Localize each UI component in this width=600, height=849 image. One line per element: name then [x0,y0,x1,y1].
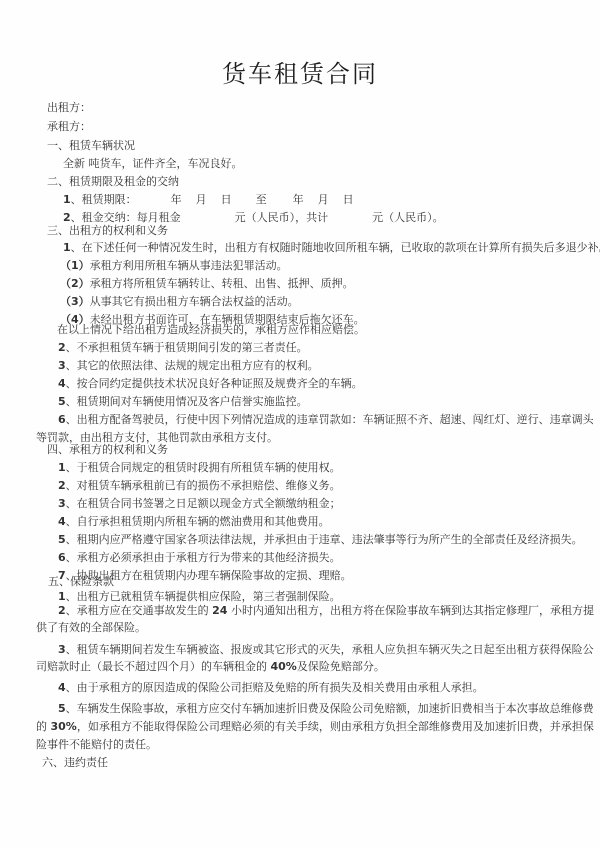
item-number: 2 [58,479,66,492]
section3-sub2: （2）承租方将所租赁车辆转让、转租、出售、抵押、质押。 [60,277,354,291]
sub-number: （3） [60,295,90,308]
end-month: 月 [318,193,329,206]
item-text: 、按合同约定提供技术状况良好各种证照及规费齐全的车辆。 [66,377,363,390]
lessor-label: 出租方： [47,101,91,115]
to-label: 至 [256,193,267,206]
section4-item5: 5、租期内应严格遵守国家各项法律法规，并承担由于违章、违法肇事等行为所产生的全部… [58,533,583,547]
section4-item6: 6、承租方必须承担由于承租方行为带来的其他经济损失。 [58,551,341,565]
section3-summary: 在以上情况下给出租方造成经济损失的，承租方应作相应赔偿。 [57,323,365,337]
item-number: 2 [58,341,66,354]
item-text: 、不承担租赁车辆于租赁期间引发的第三者责任。 [66,341,308,354]
item-label: 、租金交纳：每月租金 [71,211,181,224]
section5-heading: 五、保险条款 [48,575,114,589]
section4-item3: 3、在租赁合同书签署之日足额以现金方式全额缴纳租金； [58,497,341,511]
document-page: 货车租赁合同 出租方： 承租方： 一、租赁车辆状况 全新 吨货车，证件齐全，车况… [0,0,600,849]
document-title: 货车租赁合同 [0,54,600,89]
item-text: 、承租方必须承担由于承租方行为带来的其他经济损失。 [66,551,341,564]
section4-heading: 四、承租方的权利和义务 [47,443,168,457]
item-text: 、于租赁合同规定的租赁时段拥有所租赁车辆的使用权。 [66,461,341,474]
start-year: 年 [171,193,182,206]
item-number: 1 [63,193,71,206]
section2-item1: 1、租赁期限：年月日至年月日 [63,193,354,207]
section3-item6-line1: 6、出租方配备驾驶员，行使中因下列情况造成的违章罚款如：车辆证照不齐、超速、闯红… [58,413,594,427]
section1-heading: 一、租赁车辆状况 [47,139,135,153]
item-number: 3 [58,497,66,510]
sub-text: 承租方将所租赁车辆转让、转租、出售、抵押、质押。 [90,277,354,290]
item-number: 5 [58,395,66,408]
item-text: 、租赁期间对车辆使用情况及客户信誉实施监控。 [66,395,308,408]
section3-item5: 5、租赁期间对车辆使用情况及客户信誉实施监控。 [58,395,308,409]
start-day: 日 [221,193,232,206]
end-year: 年 [293,193,304,206]
monthly-unit: 元（人民币），共计 [235,211,329,224]
end-day: 日 [343,193,354,206]
section3-item4: 4、按合同约定提供技术状况良好各种证照及规费齐全的车辆。 [58,377,363,391]
sub-text: 承租方利用所租车辆从事违法犯罪活动。 [90,259,288,272]
item-label: 、租赁期限： [71,193,137,206]
section3-sub3: （3）从事其它有损出租方车辆合法权益的活动。 [60,295,299,309]
item-text: 、租期内应严格遵守国家各项法律法规，并承担由于违章、违法肇事等行为所产生的全部责… [66,533,583,546]
item-number: 6 [58,551,66,564]
item-number: 2 [63,211,71,224]
item-number: 4 [58,377,66,390]
sub-text: 从事其它有损出租方车辆合法权益的活动。 [90,295,299,308]
sub-number: （2） [60,277,90,290]
section3-heading: 三、出租方的权利和义务 [47,224,168,238]
section2-heading: 二、租赁期限及租金的交纳 [47,175,179,189]
item-number: 5 [58,533,66,546]
total-unit: 元（人民币）。 [372,211,444,224]
section3-item2: 2、不承担租赁车辆于租赁期间引发的第三者责任。 [58,341,308,355]
section3-sub1: （1）承租方利用所租车辆从事违法犯罪活动。 [60,259,288,273]
item-number: 3 [58,359,66,372]
section4-item2: 2、对租赁车辆承租前已有的损伤不承担赔偿、维修义务。 [58,479,341,493]
lessee-label: 承租方： [47,120,91,134]
item-text: 、自行承担租赁期内所租车辆的燃油费用和其他费用。 [66,515,330,528]
item-text: 、出租方配备驾驶员，行使中因下列情况造成的违章罚款如：车辆证照不齐、超速、闯红灯… [66,413,594,426]
item-number: 1 [58,461,66,474]
sub-number: （1） [60,259,90,272]
item-number: 1 [63,241,71,254]
section1-body: 全新 吨货车，证件齐全，车况良好。 [63,157,243,171]
section4-item1: 1、于租赁合同规定的租赁时段拥有所租赁车辆的使用权。 [58,461,341,475]
item-number: 6 [58,413,66,426]
item-text: 、在下述任何一种情况发生时，出租方有权随时随地收回所租车辆，已收取的款项在计算所… [71,241,600,254]
item-text: 、在租赁合同书签署之日足额以现金方式全额缴纳租金； [66,497,341,510]
item-text: 、其它的依照法律、法规的规定出租方应有的权利。 [66,359,319,372]
section2-item2: 2、租金交纳：每月租金元（人民币），共计元（人民币）。 [63,211,444,225]
item-text: 、对租赁车辆承租前已有的损伤不承担赔偿、维修义务。 [66,479,341,492]
section4-item4: 4、自行承担租赁期内所租车辆的燃油费用和其他费用。 [58,515,330,529]
section3-item3: 3、其它的依照法律、法规的规定出租方应有的权利。 [58,359,319,373]
section3-item1: 1、在下述任何一种情况发生时，出租方有权随时随地收回所租车辆，已收取的款项在计算… [63,241,600,255]
start-month: 月 [196,193,207,206]
item-number: 4 [58,515,66,528]
